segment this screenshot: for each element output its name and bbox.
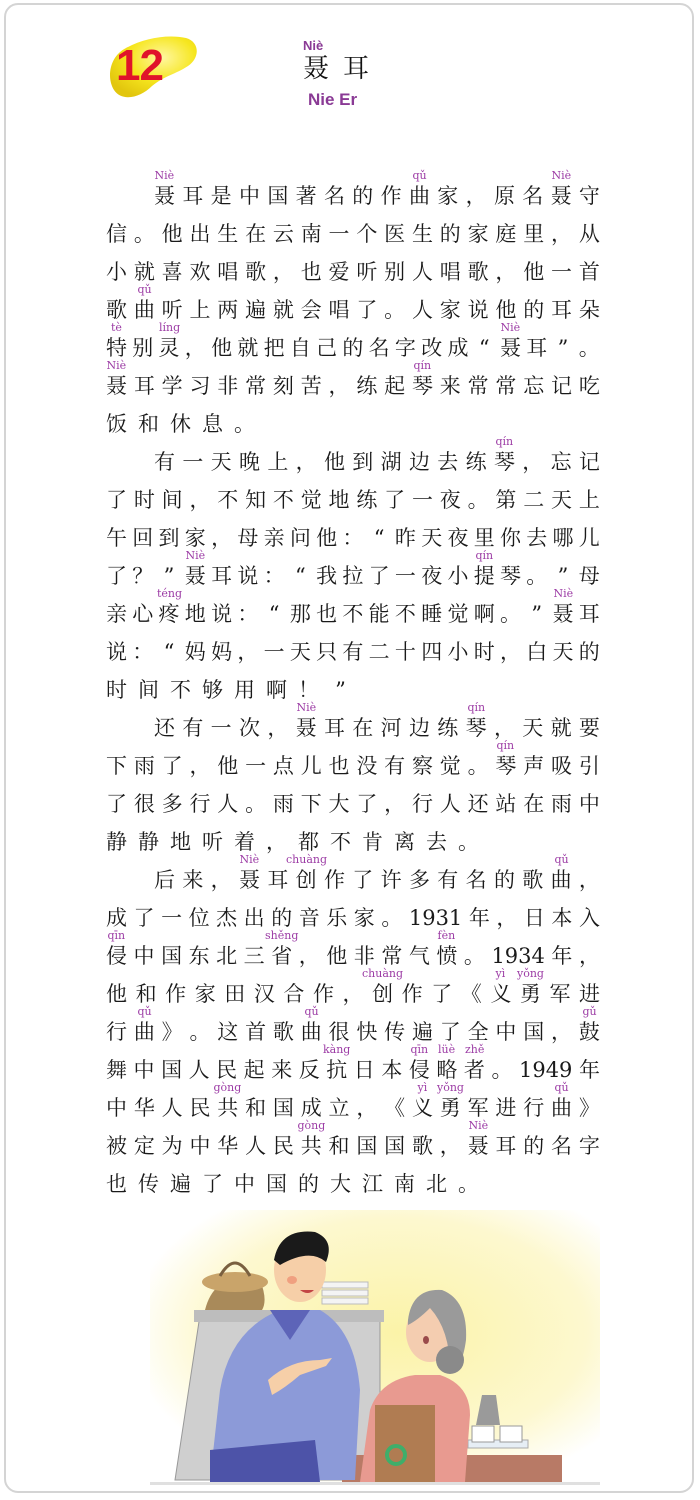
character: 曲 — [134, 1020, 155, 1044]
character: 了 — [369, 564, 390, 588]
character: 歌 — [468, 260, 489, 284]
character: 常 — [381, 944, 402, 968]
character: 去 — [437, 450, 458, 474]
character: 了 — [431, 982, 452, 1006]
mother-and-son-illustration-icon — [150, 1210, 600, 1485]
character: 下 — [301, 792, 322, 816]
character: 三 — [244, 944, 265, 968]
character: 二 — [369, 640, 390, 664]
character: 地 — [170, 830, 191, 854]
character: 多 — [409, 868, 430, 892]
character: 家 — [185, 526, 206, 550]
character: 中 — [189, 1134, 210, 1158]
character: 个 — [356, 222, 377, 246]
character: 特 — [106, 336, 127, 360]
text-line: 时间不够用啊！” — [106, 664, 600, 702]
character: ， — [494, 716, 515, 740]
pinyin-annotation: qīn — [411, 1044, 429, 1056]
character: 名 — [466, 868, 487, 892]
chinese-text: 说：“妈妈，一天只有二十四小时，白天的 — [106, 640, 600, 664]
character: 觉 — [301, 488, 322, 512]
character: 母 — [579, 564, 600, 588]
character: 了 — [384, 488, 405, 512]
character: 琴 — [412, 374, 433, 398]
character: 和 — [329, 1134, 350, 1158]
character: 国 — [523, 1020, 544, 1044]
character: 年 — [469, 906, 490, 930]
character: 把 — [264, 336, 285, 360]
character: 南 — [394, 1172, 415, 1196]
character: ” — [526, 602, 547, 626]
character: 去 — [426, 830, 447, 854]
character: 田 — [224, 982, 245, 1006]
character: 小 — [106, 260, 127, 284]
character: 雨 — [273, 792, 294, 816]
chinese-text: 侵中国东北三省，他非常气愤。1934年， — [106, 944, 600, 968]
lesson-number-badge: 12 — [106, 32, 202, 102]
character: 北 — [426, 1172, 447, 1196]
chinese-text: 被定为中华人民共和国国歌，聂耳的名字 — [106, 1134, 600, 1158]
character: ， — [495, 260, 516, 284]
character: 一 — [412, 488, 433, 512]
character: 休 — [170, 412, 191, 436]
character: ， — [343, 982, 364, 1006]
character: 我 — [316, 564, 337, 588]
character: 中 — [239, 184, 260, 208]
character: 日 — [354, 1058, 375, 1082]
chinese-text: 信。他出生在云南一个医生的家庭里，从 — [106, 222, 600, 246]
pinyin-annotation: yǒng — [437, 1082, 464, 1094]
character: 创 — [296, 868, 317, 892]
pinyin-row — [106, 778, 600, 792]
chinese-text: 小就喜欢唱歌，也爱听别人唱歌，他一首 — [106, 260, 600, 284]
character: 位 — [189, 906, 210, 930]
pinyin-annotation: qín — [468, 702, 486, 714]
text-line: gòngyìyǒngqǔ中华人民共和国成立，《义勇军进行曲》 — [106, 1082, 600, 1120]
text-line: 信。他出生在云南一个医生的家庭里，从 — [106, 208, 600, 246]
character: ， — [273, 260, 294, 284]
character: 琴 — [466, 716, 487, 740]
character: 雨 — [551, 792, 572, 816]
character: 天 — [553, 640, 574, 664]
character: 聂 — [296, 716, 317, 740]
character: 察 — [412, 754, 433, 778]
character: 忘 — [523, 374, 544, 398]
character: 有 — [342, 640, 363, 664]
pinyin-annotation: lüè — [438, 1044, 455, 1056]
text-line: 成了一位杰出的音乐家。1931年，日本入 — [106, 892, 600, 930]
character: 这 — [217, 1020, 238, 1044]
character: 一 — [182, 450, 203, 474]
character: 在 — [245, 222, 266, 246]
character: 耳 — [495, 1134, 516, 1158]
character: 妈 — [185, 640, 206, 664]
character: 也 — [316, 602, 337, 626]
character: 《 — [461, 982, 482, 1006]
character: 他 — [495, 298, 516, 322]
character: 聂 — [553, 602, 574, 626]
character: 也 — [301, 260, 322, 284]
character: 母 — [237, 526, 258, 550]
pinyin-row: qǔ — [106, 284, 600, 298]
pinyin-row: qīnshěngfèn — [106, 930, 600, 944]
text-line: 了很多行人。雨下大了，行人还站在雨中 — [106, 778, 600, 816]
text-line: qín下雨了，他一点儿也没有察觉。琴声吸引 — [106, 740, 600, 778]
pinyin-row: téngNiè — [106, 588, 600, 602]
character: 华 — [134, 1096, 155, 1120]
character: 的 — [440, 222, 461, 246]
character: 行 — [106, 1020, 127, 1044]
pinyin-row — [106, 246, 600, 260]
character: 练 — [437, 716, 458, 740]
character: 亲 — [106, 602, 127, 626]
pinyin-annotation: gòng — [298, 1120, 326, 1132]
character: 聂 — [154, 184, 175, 208]
character: 抗 — [326, 1058, 347, 1082]
character: 曲 — [409, 184, 430, 208]
text-line: gòngNiè被定为中华人民共和国国歌，聂耳的名字 — [106, 1120, 600, 1158]
text-line: qīnshěngfèn侵中国东北三省，他非常气愤。1934年， — [106, 930, 600, 968]
character: 成 — [301, 1096, 322, 1120]
character: 耳 — [134, 374, 155, 398]
character: 。 — [464, 944, 485, 968]
character: 他 — [523, 260, 544, 284]
character: 成 — [447, 336, 468, 360]
character: 。 — [189, 1020, 210, 1044]
character: 家 — [354, 906, 375, 930]
character: 作 — [381, 184, 402, 208]
character: 立 — [329, 1096, 350, 1120]
character: 他 — [326, 944, 347, 968]
character: ， — [299, 944, 320, 968]
pinyin-annotation: Niè — [186, 550, 206, 562]
character: 一 — [161, 906, 182, 930]
character: 说 — [468, 298, 489, 322]
character: 出 — [244, 906, 265, 930]
character: 河 — [381, 716, 402, 740]
character: 愤 — [436, 944, 457, 968]
pinyin-annotation: qín — [414, 360, 432, 372]
character: 作 — [313, 982, 334, 1006]
character: 略 — [436, 1058, 457, 1082]
character: 听 — [202, 830, 223, 854]
character: ” — [553, 336, 574, 360]
character: 用 — [234, 678, 255, 702]
character: 1949 — [519, 1058, 572, 1082]
character: 朵 — [579, 298, 600, 322]
character: 遍 — [245, 298, 266, 322]
character: 本 — [381, 1058, 402, 1082]
character: 庭 — [495, 222, 516, 246]
character: 白 — [526, 640, 547, 664]
character: 原 — [494, 184, 515, 208]
character: 了 — [356, 298, 377, 322]
character: 一 — [245, 754, 266, 778]
character: 民 — [216, 1058, 237, 1082]
character: 耳 — [526, 336, 547, 360]
character: 湖 — [381, 450, 402, 474]
character: 喜 — [162, 260, 183, 284]
character: 名 — [551, 1134, 572, 1158]
character: 觉 — [440, 754, 461, 778]
character: 自 — [290, 336, 311, 360]
character: 家 — [440, 298, 461, 322]
character: 乐 — [326, 906, 347, 930]
character: 学 — [162, 374, 183, 398]
character: 中 — [106, 1096, 127, 1120]
character: 年 — [579, 1058, 600, 1082]
character: 字 — [395, 336, 416, 360]
character: 吃 — [579, 374, 600, 398]
character: ， — [189, 488, 210, 512]
character: 天 — [290, 640, 311, 664]
character: 哪 — [553, 526, 574, 550]
character: 了 — [356, 792, 377, 816]
text-line: Nièqín聂耳学习非常刻苦，练起琴来常常忘记吃 — [106, 360, 600, 398]
character: 还 — [468, 792, 489, 816]
pinyin-row: tèlíngNiè — [106, 322, 600, 336]
chinese-text: 午回到家，母亲问他：“昨天夜里你去哪儿 — [106, 526, 600, 550]
character: 国 — [273, 1096, 294, 1120]
character: 反 — [299, 1058, 320, 1082]
character: 记 — [579, 450, 600, 474]
character: 作 — [402, 982, 423, 1006]
chinese-text: 行曲》。这首歌曲很快传遍了全中国，鼓 — [106, 1020, 600, 1044]
character: ， — [211, 526, 232, 550]
character: 就 — [273, 298, 294, 322]
character: 聂 — [239, 868, 260, 892]
character: 练 — [466, 450, 487, 474]
character: 》 — [162, 1020, 183, 1044]
text-line: qǔqǔgǔ行曲》。这首歌曲很快传遍了全中国，鼓 — [106, 1006, 600, 1044]
character: 站 — [495, 792, 516, 816]
character: 信 — [106, 222, 127, 246]
character: 心 — [132, 602, 153, 626]
pinyin-row: gòngyìyǒngqǔ — [106, 1082, 600, 1096]
character: 他 — [106, 982, 127, 1006]
character: 。 — [134, 222, 155, 246]
character: 多 — [162, 792, 183, 816]
character: 进 — [579, 982, 600, 1006]
character: 天 — [211, 450, 232, 474]
character: 全 — [468, 1020, 489, 1044]
character: 耳 — [211, 564, 232, 588]
character: 合 — [283, 982, 304, 1006]
character: 两 — [217, 298, 238, 322]
character: 别 — [384, 260, 405, 284]
pinyin-annotation: gǔ — [583, 1006, 597, 1018]
character: 他 — [217, 754, 238, 778]
character: 和 — [138, 412, 159, 436]
character: 也 — [329, 754, 350, 778]
character: 改 — [421, 336, 442, 360]
character: 。 — [234, 412, 255, 436]
character: ， — [211, 868, 232, 892]
character: 常 — [495, 374, 516, 398]
character: 觉 — [447, 602, 468, 626]
character: 时 — [106, 678, 127, 702]
character: 夜 — [421, 564, 442, 588]
title-english: Nie Er — [308, 90, 357, 110]
text-line: qǔ歌曲听上两遍就会唱了。人家说他的耳朵 — [106, 284, 600, 322]
character: 地 — [185, 602, 206, 626]
chinese-text: 了时间，不知不觉地练了一夜。第二天上 — [106, 488, 600, 512]
character: 日 — [524, 906, 545, 930]
pinyin-row — [106, 816, 600, 830]
character: 就 — [134, 260, 155, 284]
chinese-text: 静静地听着，都不肯离去。 — [106, 830, 600, 854]
pinyin-annotation: yì — [418, 1082, 428, 1094]
character: ： — [342, 526, 363, 550]
character: 上 — [267, 450, 288, 474]
character: 出 — [189, 222, 210, 246]
character: 东 — [189, 944, 210, 968]
character: 。 — [579, 336, 600, 360]
text-line: 了时间，不知不觉地练了一夜。第二天上 — [106, 474, 600, 512]
character: 点 — [273, 754, 294, 778]
text-line: 也传遍了中国的大江南北。 — [106, 1158, 600, 1196]
character: 1931 — [409, 906, 462, 930]
character: 大 — [329, 792, 350, 816]
character: 时 — [134, 488, 155, 512]
character: 的 — [271, 906, 292, 930]
character: 聂 — [106, 374, 127, 398]
chinese-text: 时间不够用啊！” — [106, 678, 600, 702]
pinyin-annotation: qǔ — [555, 854, 569, 866]
pinyin-row: gòngNiè — [106, 1120, 600, 1134]
character: 有 — [182, 716, 203, 740]
character: 歌 — [245, 260, 266, 284]
character: 离 — [394, 830, 415, 854]
character: 中 — [234, 1172, 255, 1196]
character: 年 — [551, 944, 572, 968]
pinyin-annotation: Niè — [552, 170, 572, 182]
character: 》 — [579, 1096, 600, 1120]
character: 苦 — [301, 374, 322, 398]
pinyin-annotation: qín — [497, 740, 515, 752]
character: 不 — [170, 678, 191, 702]
chinese-text: 下雨了，他一点儿也没有察觉。琴声吸引 — [106, 754, 600, 778]
pinyin-row: NièqǔNiè — [106, 170, 600, 184]
pinyin-annotation: Niè — [554, 588, 574, 600]
character: 欢 — [189, 260, 210, 284]
character: 民 — [189, 1096, 210, 1120]
character: 间 — [138, 678, 159, 702]
character: ， — [522, 450, 543, 474]
character: 是 — [211, 184, 232, 208]
character: 琴 — [495, 754, 516, 778]
character: 了 — [162, 754, 183, 778]
pinyin-annotation: qǔ — [305, 1006, 319, 1018]
chinese-text: 还有一次，聂耳在河边练琴，天就要 — [106, 716, 600, 740]
character: “ — [264, 602, 285, 626]
text-line: Nièqín还有一次，聂耳在河边练琴，天就要 — [106, 702, 600, 740]
character: ， — [440, 1134, 461, 1158]
character: 曲 — [134, 298, 155, 322]
paragraph: Nièchuàngqǔ后来，聂耳创作了许多有名的歌曲，成了一位杰出的音乐家。19… — [106, 854, 600, 1196]
character: 去 — [526, 526, 547, 550]
character: 行 — [523, 1096, 544, 1120]
pinyin-annotation: shěng — [265, 930, 298, 942]
character: 上 — [189, 298, 210, 322]
character: 回 — [132, 526, 153, 550]
character: 首 — [245, 1020, 266, 1044]
character: 一 — [329, 222, 350, 246]
character: 。 — [245, 792, 266, 816]
character: ？ — [132, 564, 153, 588]
character: 聂 — [551, 184, 572, 208]
character: 名 — [369, 336, 390, 360]
character: 他 — [316, 526, 337, 550]
chinese-text: 后来，聂耳创作了许多有名的歌曲， — [106, 868, 600, 892]
text-line: 饭和休息。 — [106, 398, 600, 436]
pinyin-annotation: qǔ — [555, 1082, 569, 1094]
character: 别 — [132, 336, 153, 360]
character: 没 — [356, 754, 377, 778]
character: “ — [290, 564, 311, 588]
chinese-text: 歌曲听上两遍就会唱了。人家说他的耳朵 — [106, 298, 600, 322]
character: 者 — [464, 1058, 485, 1082]
pinyin-annotation: téng — [157, 588, 182, 600]
text-line: NièqǔNiè聂耳是中国著名的作曲家，原名聂守 — [106, 170, 600, 208]
pinyin-annotation: Niè — [501, 322, 521, 334]
pinyin-row — [106, 664, 600, 678]
character: 会 — [301, 298, 322, 322]
character: 只 — [316, 640, 337, 664]
character: 来 — [271, 1058, 292, 1082]
character: ， — [267, 716, 288, 740]
character: 他 — [162, 222, 183, 246]
character: ， — [329, 374, 350, 398]
character: 的 — [523, 1134, 544, 1158]
character: 国 — [161, 944, 182, 968]
character: 名 — [324, 184, 345, 208]
text-line: 静静地听着，都不肯离去。 — [106, 816, 600, 854]
character: ， — [551, 222, 572, 246]
character: 。 — [384, 298, 405, 322]
character: 晚 — [239, 450, 260, 474]
chinese-text: 有一天晚上，他到湖边去练琴，忘记 — [106, 450, 600, 474]
paragraph: NièqǔNiè聂耳是中国著名的作曲家，原名聂守信。他出生在云南一个医生的家庭里… — [106, 170, 600, 436]
pinyin-annotation: qín — [496, 436, 514, 448]
lesson-body: NièqǔNiè聂耳是中国著名的作曲家，原名聂守信。他出生在云南一个医生的家庭里… — [106, 170, 600, 1196]
character: 知 — [245, 488, 266, 512]
chinese-text: 他和作家田汉合作，创作了《义勇军进 — [106, 982, 600, 1006]
character: 儿 — [301, 754, 322, 778]
character: 琴 — [494, 450, 515, 474]
character: 上 — [579, 488, 600, 512]
character: 中 — [134, 1058, 155, 1082]
character: ” — [553, 564, 574, 588]
character: 定 — [134, 1134, 155, 1158]
character: 里 — [523, 222, 544, 246]
character: 提 — [474, 564, 495, 588]
character: 后 — [154, 868, 175, 892]
character: 爱 — [329, 260, 350, 284]
character: 人 — [412, 298, 433, 322]
character: ” — [330, 678, 351, 702]
character: 义 — [412, 1096, 433, 1120]
pinyin-annotation: yǒng — [517, 968, 544, 980]
character: 第 — [495, 488, 516, 512]
character: 琴 — [500, 564, 521, 588]
paragraph: Nièqín还有一次，聂耳在河边练琴，天就要qín下雨了，他一点儿也没有察觉。琴… — [106, 702, 600, 854]
character: 国 — [266, 1172, 287, 1196]
page-title: 聂耳 — [303, 54, 383, 84]
character: ， — [500, 640, 521, 664]
character: 人 — [440, 792, 461, 816]
character: 不 — [273, 488, 294, 512]
